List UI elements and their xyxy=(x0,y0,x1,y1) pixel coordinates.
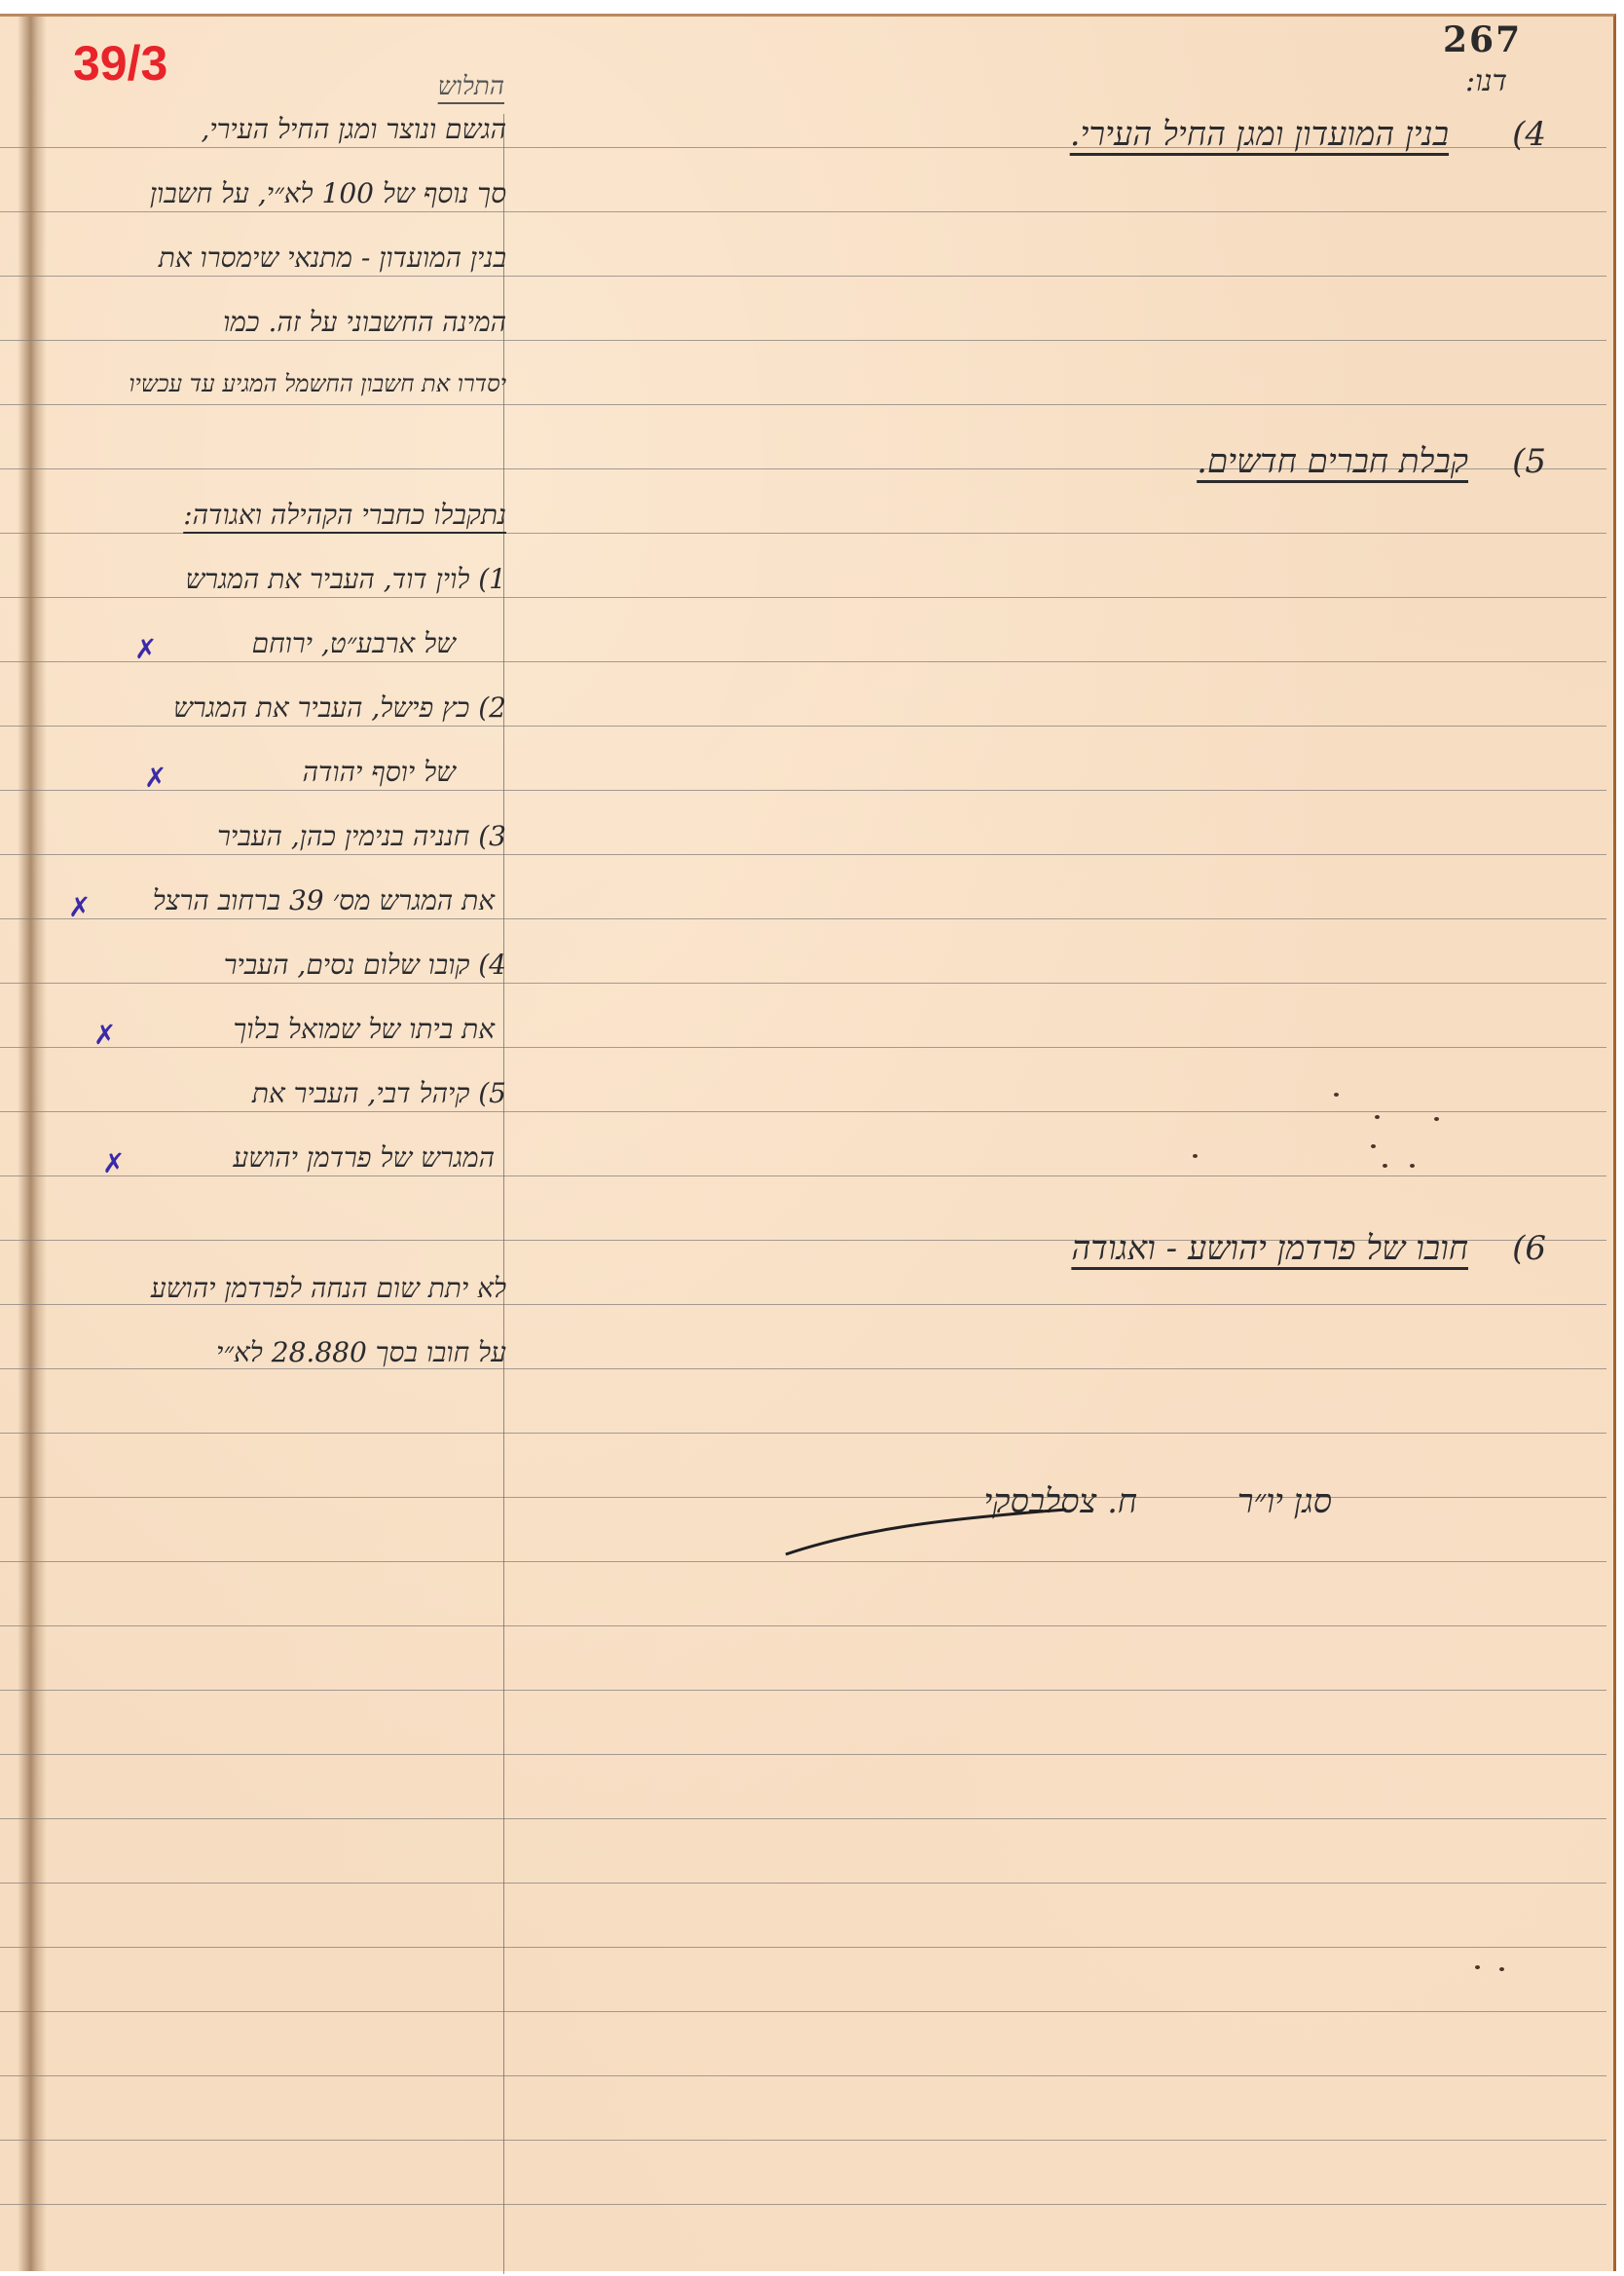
ruled-line xyxy=(0,918,1606,919)
page-subheading: דנו: xyxy=(1465,64,1507,98)
left-note-line: על חובו בסך 28.880 לא״י xyxy=(216,1336,506,1369)
ruled-line xyxy=(0,340,1606,341)
agenda-item-number: 6) xyxy=(1512,1229,1546,1268)
ruled-line xyxy=(0,1625,1606,1626)
ink-speck xyxy=(1371,1144,1376,1148)
left-note-line: של ארבע״ט, ירוחם xyxy=(252,627,456,660)
left-column-heading: התלוש xyxy=(438,72,504,101)
ink-speck xyxy=(1410,1164,1415,1168)
ruled-line xyxy=(0,1947,1606,1948)
ruled-line xyxy=(0,1433,1606,1434)
ink-speck xyxy=(1499,1967,1504,1971)
left-note-line: 2) כץ פישל, העביר את המגרש xyxy=(173,691,506,725)
agenda-item-text: קבלת חברים חדשים. xyxy=(1197,442,1468,481)
left-note-line: 1) לוין דוד, העביר את המגרש xyxy=(185,563,506,596)
ruled-line xyxy=(0,2075,1606,2076)
ruled-line xyxy=(0,1690,1606,1691)
left-note-line: המינה החשבוני על זה. כמו xyxy=(223,306,506,339)
ink-speck xyxy=(1434,1117,1439,1121)
check-mark-icon: ✗ xyxy=(68,891,91,923)
page-number: 267 xyxy=(1443,19,1522,60)
ruled-line xyxy=(0,2140,1606,2141)
ruled-line xyxy=(0,854,1606,855)
ruled-line xyxy=(0,1497,1606,1498)
left-note-line: סך נוסף של 100 לא״י, על חשבון xyxy=(150,177,506,210)
ruled-line xyxy=(0,533,1606,534)
left-note-line: בנין המועדון - מתנאי שימסרו את xyxy=(159,242,506,275)
ruled-line xyxy=(0,790,1606,791)
ruled-line xyxy=(0,404,1606,405)
left-note-line: המגרש של פרדמן יהושע xyxy=(233,1141,495,1175)
ink-speck xyxy=(1383,1164,1387,1168)
check-mark-icon: ✗ xyxy=(144,762,166,794)
binding-shadow xyxy=(18,17,47,2271)
column-divider xyxy=(503,114,504,2274)
left-note-line: את המגרש מס׳ 39 ברחוב הרצל xyxy=(153,884,495,917)
ink-speck xyxy=(1375,1115,1380,1119)
ruled-line xyxy=(0,211,1606,212)
agenda-item-text: בנין המועדון ומגן החיל העירי. xyxy=(1070,115,1449,154)
ruled-line xyxy=(0,1561,1606,1562)
left-subheading: נתקבלו כחברי הקהילה ואגודה: xyxy=(183,499,506,532)
ruled-line xyxy=(0,1754,1606,1755)
ruled-line xyxy=(0,661,1606,662)
signature-flourish xyxy=(784,1500,1076,1558)
check-mark-icon: ✗ xyxy=(102,1147,125,1179)
ruled-line xyxy=(0,1111,1606,1112)
agenda-item-number: 4) xyxy=(1512,115,1546,154)
left-note-line: לא יתת שום הנחה לפרדמן יהושע xyxy=(151,1272,506,1305)
ruled-line xyxy=(0,2204,1606,2205)
ruled-line xyxy=(0,1047,1606,1048)
check-mark-icon: ✗ xyxy=(134,633,157,665)
ruled-line xyxy=(0,1818,1606,1819)
left-note-line: 5) קיהל דבי, העביר את xyxy=(252,1077,506,1110)
ruled-line xyxy=(0,276,1606,277)
agenda-item-number: 5) xyxy=(1512,442,1546,481)
ink-speck xyxy=(1334,1093,1339,1097)
left-note-line: את ביתו של שמואל בלוך xyxy=(234,1013,495,1046)
ruled-line xyxy=(0,2011,1606,2012)
ruled-line xyxy=(0,983,1606,984)
left-note-line: יסדרו את חשבון החשמל המגיע עד עכשיו xyxy=(129,370,506,398)
ink-speck xyxy=(1475,1965,1480,1969)
left-note-line: של יוסף יהודה xyxy=(303,756,456,789)
ruled-line xyxy=(0,1883,1606,1884)
ink-speck xyxy=(1193,1154,1198,1158)
ruled-line xyxy=(0,597,1606,598)
check-mark-icon: ✗ xyxy=(93,1019,116,1051)
left-note-line: הגשם ונוצר ומגן החיל העירי, xyxy=(201,113,506,146)
left-note-line: 3) חנניה בנימין כהן, העביר xyxy=(217,820,506,853)
agenda-item-text: חובו של פרדמן יהושע - ואגודה xyxy=(1071,1229,1468,1268)
ruled-line xyxy=(0,726,1606,727)
ruled-line xyxy=(0,1175,1606,1176)
signature-title: סגן יו״ר xyxy=(1237,1482,1332,1521)
left-note-line: 4) קובו שלום נסים, העביר xyxy=(224,949,506,982)
archive-label: 39/3 xyxy=(73,35,167,92)
